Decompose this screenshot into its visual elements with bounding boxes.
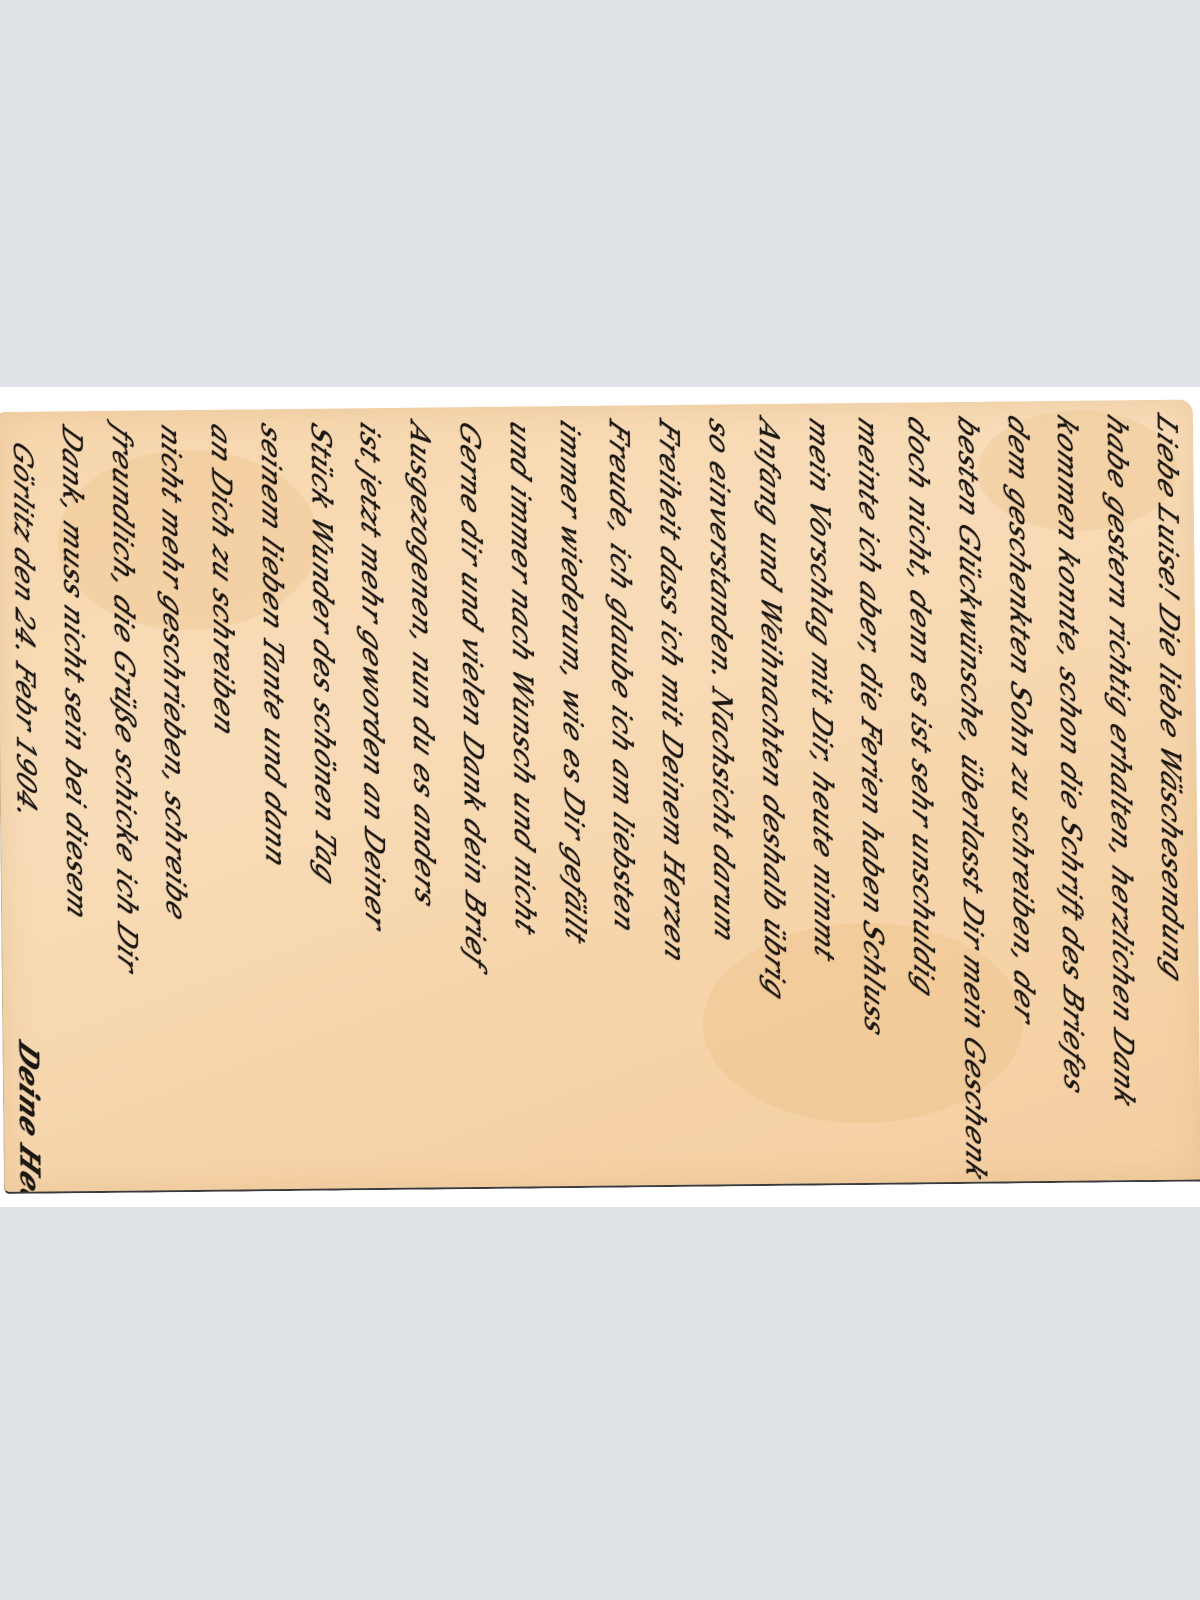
- postcard: Liebe Luise! Die liebe Wäschesendunghabe…: [0, 400, 1200, 1194]
- text-line: dem geschenkten Sohn zu schreiben, der: [994, 406, 1040, 1166]
- text-line: mein Vorschlag mit Dir, heute nimmt: [795, 408, 841, 1168]
- handwritten-text: Liebe Luise! Die liebe Wäschesendunghabe…: [0, 400, 1200, 1192]
- signature: Deine Hedwig: [5, 1032, 45, 1192]
- text-line: so einverstanden. Nachsicht darum: [696, 410, 742, 1170]
- text-line: immer wiederum, wie es Dir gefällt: [546, 411, 592, 1171]
- text-line: und immer nach Wunsch und nicht: [497, 412, 543, 1172]
- text-line: nicht mehr geschrieben, schreibe: [148, 415, 194, 1175]
- text-line: seinem lieben Tante und dann: [248, 414, 294, 1174]
- text-line: freundlich, die Grüße schicke ich Dir: [98, 416, 144, 1176]
- text-line: Ausgezogenen, nun du es anders: [397, 413, 443, 1173]
- text-line: Stück Wunder des schönen Tag: [298, 414, 344, 1174]
- text-line: Freude, ich glaube ich am liebsten: [596, 411, 642, 1171]
- text-line: Gerne dir und vielen Dank dein Brief: [447, 412, 493, 1172]
- text-line: an Dich zu schreiben: [198, 415, 244, 1175]
- text-line: meinte ich aber, die Ferien haben Schlus…: [845, 408, 891, 1168]
- text-line: Freiheit dass ich mit Deinem Herzen: [646, 410, 692, 1170]
- text-line: Liebe Luise! Die liebe Wäschesendung: [1144, 405, 1190, 1165]
- text-line: besten Glückwünsche, überlasst Dir mein …: [945, 407, 991, 1167]
- text-line: habe gestern richtig erhalten, herzliche…: [1094, 405, 1140, 1165]
- text-line: Dank, muss nicht sein bei diesem: [49, 416, 95, 1176]
- text-line: kommen konnte, schon die Schrift des Bri…: [1044, 406, 1090, 1166]
- text-line: Anfang und Weihnachten deshalb übrig: [746, 409, 792, 1169]
- text-line: doch nicht, denn es ist sehr unschuldig: [895, 407, 941, 1167]
- text-line: ist jetzt mehr geworden an Deiner: [347, 413, 393, 1173]
